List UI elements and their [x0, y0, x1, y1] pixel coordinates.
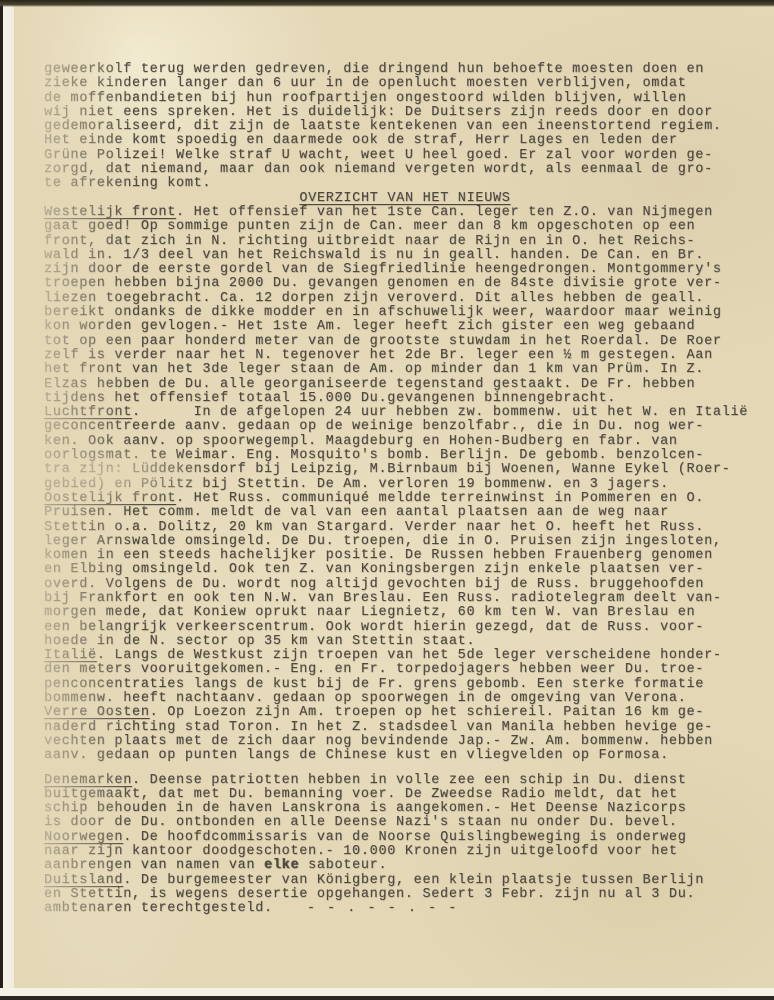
text-line: te afrekening komt. [44, 177, 766, 191]
section-noorwegen: Noorwegen. De hoofdcommissaris van de No… [44, 831, 766, 874]
text-line: front, dat zich in N. richting uitbreidt… [44, 235, 766, 249]
text-line: gebied) en Pölitz bij Stettin. De Am. ve… [44, 478, 766, 492]
text-line: ken. Ook aanv. op spoorwegempl. Maagdebu… [44, 435, 766, 449]
text-line: is door de Du. ontbonden en alle Deense … [44, 816, 766, 830]
section-first-line: Noorwegen. De hoofdcommissaris van de No… [44, 831, 766, 845]
text-line: den meters vooruitgekomen.- Eng. en Fr. … [44, 663, 766, 677]
text-line: en Elbing omsingeld. Ook ten Z. van Koni… [44, 563, 766, 577]
section-italie: Italië. Langs de Westkust zijn troepen v… [44, 649, 766, 706]
text-line: Pruisen. Het comm. meldt de val van een … [44, 506, 766, 520]
section-heading: Oostelijk front [44, 491, 176, 506]
section-heading: Westelijk front [44, 205, 176, 220]
text-line: een belangrijk verkeerscentrum. Ook word… [44, 621, 766, 635]
text-line: Stettin o.a. Dolitz, 20 km van Stargard.… [44, 521, 766, 535]
section-heading: Denemarken [44, 773, 132, 788]
scanned-paper-background: geweerkolf terug werden gedreven, die dr… [0, 0, 774, 1000]
text-line: tijdens het offensief totaal 15.000 Du.g… [44, 392, 766, 406]
scan-left-edge [0, 0, 14, 1000]
text-line: Grüne Polizei! Welke straf U wacht, weet… [44, 149, 766, 163]
section-heading: Luchtfront [44, 405, 132, 420]
section-first-line-rest: . Deense patriotten hebben in volle zee … [132, 773, 686, 788]
section-first-line-rest: . Op Loezon zijn Am. troepen op het schi… [150, 705, 704, 720]
news-overview-title: OVERZICHT VAN HET NIEUWS [44, 192, 766, 206]
text-line: troepen hebben bijna 2000 Du. gevangen g… [44, 277, 766, 291]
text-line: overd. Volgens de Du. wordt nog altijd g… [44, 578, 766, 592]
section-body: den meters vooruitgekomen.- Eng. en Fr. … [44, 663, 766, 706]
section-body: geconcentreerde aanv. gedaan op de weini… [44, 420, 766, 491]
section-body: buitgemaakt, dat met Du. bemanning voer.… [44, 788, 766, 831]
section-first-line-rest: . Het Russ. communiqué meldde terreinwin… [176, 491, 704, 506]
section-body: naderd richting stad Toron. In het Z. st… [44, 721, 766, 764]
closing-dashes: - - . - - . - - [273, 901, 459, 916]
section-first-line: Verre Oosten. Op Loezon zijn Am. troepen… [44, 706, 766, 720]
emphasis-line-pre: aanbrengen van namen van [44, 858, 264, 873]
scan-bottom-edge-dark [0, 996, 774, 1000]
section-heading: Duitsland [44, 873, 123, 888]
section-duitsland: Duitsland. De burgemeester van Königberg… [44, 874, 766, 917]
text-line: Het einde komt spoedig en daarmede ook d… [44, 134, 766, 148]
text-line: tot op een paar honderd meter van de gro… [44, 335, 766, 349]
emphasis-line-post: saboteur. [299, 858, 387, 873]
text-line: het front van het 3de leger staan de Am.… [44, 363, 766, 377]
text-line: aanv. gedaan op punten langs de Chinese … [44, 749, 766, 763]
text-line: naderd richting stad Toron. In het Z. st… [44, 721, 766, 735]
text-line: Elzas hebben de Du. alle georganiseerde … [44, 378, 766, 392]
closing-line-text: ambtenaren terechtgesteld. [44, 901, 273, 916]
text-line: gaat goed! Op sommige punten zijn de Can… [44, 220, 766, 234]
text-line: liezen toegebracht. Ca. 12 dorpen zijn v… [44, 292, 766, 306]
text-line: kon worden gevlogen.- Het 1ste Am. leger… [44, 320, 766, 334]
section-heading: Verre Oosten [44, 705, 150, 720]
section-verre-oosten: Verre Oosten. Op Loezon zijn Am. troepen… [44, 706, 766, 763]
text-line: tra zijn: Lüddekensdorf bij Leipzig, M.B… [44, 463, 766, 477]
section-first-line-rest: . Langs de Westkust zijn troepen van het… [97, 648, 722, 663]
intro-paragraph: geweerkolf terug werden gedreven, die dr… [44, 63, 766, 192]
text-line: buitgemaakt, dat met Du. bemanning voer.… [44, 788, 766, 802]
text-line: de moffenbandieten bij hun roofpartijen … [44, 92, 766, 106]
scan-top-edge [0, 0, 774, 7]
section-heading: Italië [44, 648, 97, 663]
text-line: morgen mede, dat Koniew oprukt naar Lieg… [44, 606, 766, 620]
section-body: Pruisen. Het comm. meldt de val van een … [44, 506, 766, 649]
news-overview-title-text: OVERZICHT VAN HET NIEUWS [299, 191, 510, 206]
text-line: leger Arnswalde omsingeld. De Du. troepe… [44, 535, 766, 549]
text-line: zieke kinderen langer dan 6 uur in de op… [44, 77, 766, 91]
section-first-line: Denemarken. Deense patriotten hebben in … [44, 774, 766, 788]
section-first-line-rest: . Het offensief van het 1ste Can. leger … [176, 205, 713, 220]
typewritten-text-block: geweerkolf terug werden gedreven, die dr… [44, 63, 766, 917]
text-line: wald in. 1/3 deel van het Reichswald is … [44, 249, 766, 263]
section-first-line-rest: . In de afgelopen 24 uur hebben zw. bomm… [132, 405, 748, 420]
section-first-line-rest: . De hoofdcommissaris van de Noorse Quis… [123, 830, 686, 845]
section-westelijk-front: Westelijk front. Het offensief van het 1… [44, 206, 766, 406]
closing-line: ambtenaren terechtgesteld.- - . - - . - … [44, 902, 766, 916]
scan-bottom-edge-light [0, 988, 774, 996]
section-body: gaat goed! Op sommige punten zijn de Can… [44, 220, 766, 406]
section-first-line: Duitsland. De burgemeester van Königberg… [44, 874, 766, 888]
section-heading: Noorwegen [44, 830, 123, 845]
section-luchtfront: Luchtfront. In de afgelopen 24 uur hebbe… [44, 406, 766, 492]
text-line: penconcentraties langs de kust bij de Fr… [44, 678, 766, 692]
section-first-line-rest: . De burgemeester van Königberg, een kle… [123, 873, 704, 888]
text-line: geconcentreerde aanv. gedaan op de weini… [44, 420, 766, 434]
section-oostelijk-front: Oostelijk front. Het Russ. communiqué me… [44, 492, 766, 649]
emphasized-word: elke [264, 858, 299, 873]
text-line-with-emphasis: aanbrengen van namen van elke saboteur. [44, 859, 766, 873]
section-denemarken: Denemarken. Deense patriotten hebben in … [44, 774, 766, 831]
